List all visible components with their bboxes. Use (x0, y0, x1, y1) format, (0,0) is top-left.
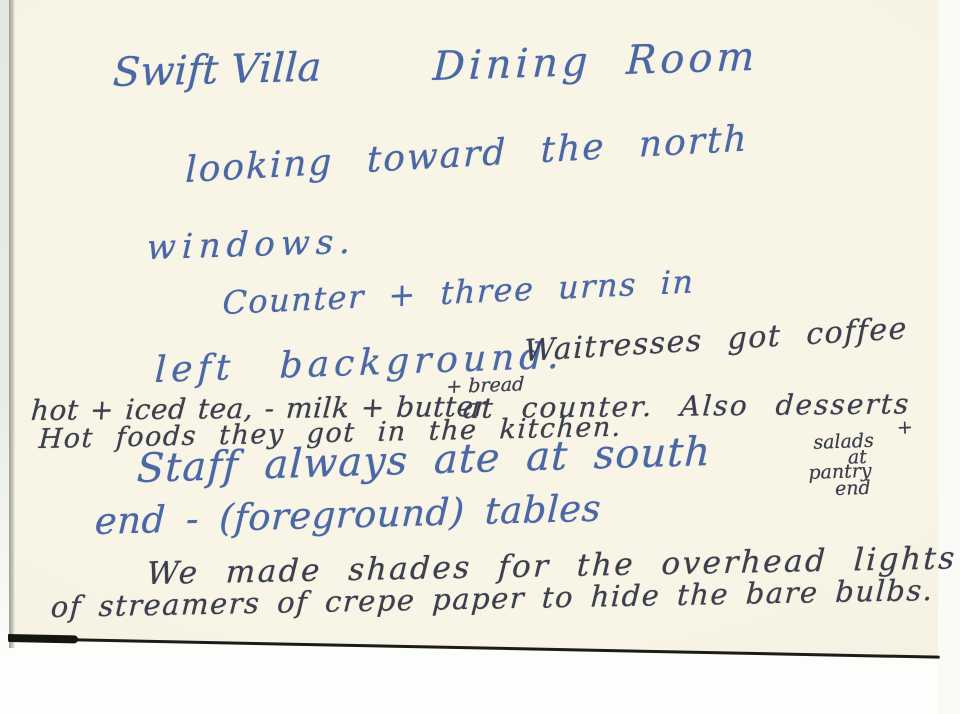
scanned-handwritten-note: Swift Villa Dining Room looking toward t… (0, 0, 960, 714)
margin-note-salads-pantry: + salads at pantry end (799, 418, 932, 502)
margin-note-end: end (835, 477, 871, 500)
paper-left-edge-shadow (9, 0, 15, 648)
margin-note-amp: + (897, 416, 914, 439)
scanner-left-strip (0, 0, 9, 660)
scanner-right-strip (938, 0, 960, 714)
line-windows: windows. (146, 222, 357, 268)
title-swift-villa: Swift Villa (112, 44, 322, 96)
